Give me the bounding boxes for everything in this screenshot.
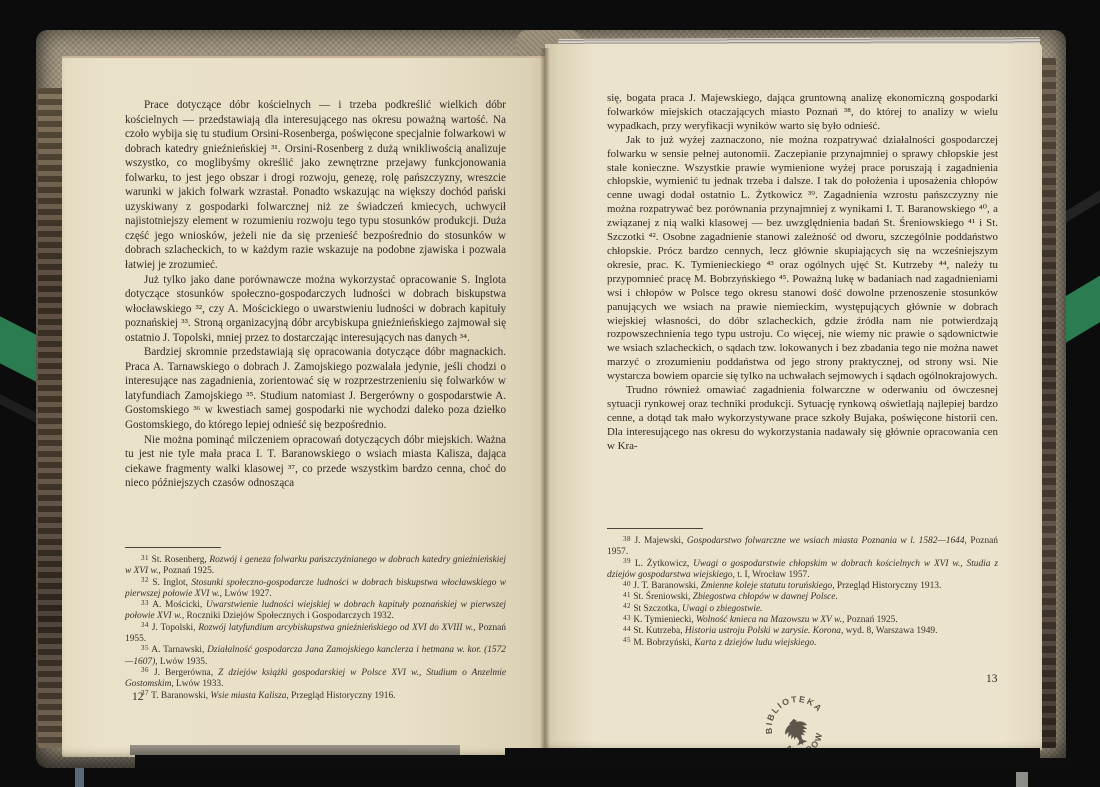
paragraph: Bardziej skromnie przedstawiają się opra… [125, 345, 506, 432]
photo-background: Prace dotyczące dóbr kościelnych — i trz… [0, 0, 1100, 787]
cradle-tab-gray [1016, 772, 1028, 787]
left-page-footnotes: 31 St. Rosenberg, Rozwój i geneza folwar… [125, 555, 506, 713]
left-page: Prace dotyczące dóbr kościelnych — i trz… [62, 56, 545, 757]
shadow-under-left-page [135, 755, 533, 771]
footnote: 32 S. Inglot, Stosunki społeczno-gospoda… [125, 578, 506, 601]
footnote: 44 St. Kutrzeba, Historia ustroju Polski… [607, 626, 998, 637]
footnote: 33 A. Mościcki, Uwarstwienie ludności wi… [125, 600, 506, 623]
paragraph: Trudno również omawiać zagadnienia folwa… [607, 384, 998, 454]
footnote: 40 J. T. Baranowski, Zmienne koleje stat… [607, 581, 998, 592]
paragraph: Już tylko jako dane porównawcze można wy… [125, 273, 506, 346]
left-page-body-text: Prace dotyczące dóbr kościelnych — i trz… [125, 98, 506, 547]
footnote: 36 J. Bergerówna, Z dziejów książki gosp… [125, 668, 506, 691]
footnote: 31 St. Rosenberg, Rozwój i geneza folwar… [125, 555, 506, 578]
footnote: 41 St. Śreniowski, Zbiegostwa chłopów w … [607, 592, 998, 603]
footnote-separator [125, 547, 221, 548]
page-fore-edge-left [38, 88, 64, 748]
paragraph: Jak to już wyżej zaznaczono, nie można r… [607, 134, 998, 384]
footnote: 42 St Szczotka, Uwagi o zbiegostwie. [607, 604, 998, 615]
page-number: 12 [132, 691, 144, 703]
right-page-body-text: się, bogata praca J. Majewskiego, dająca… [607, 92, 998, 526]
footnote: 43 K. Tymieniecki, Wolność kmieca na Maz… [607, 615, 998, 626]
footnote: 34 J. Topolski, Rozwój latyfundium arcyb… [125, 623, 506, 646]
shadow-bottom-right-corner [1040, 758, 1070, 770]
page-fore-edge-right [1040, 58, 1056, 748]
shadow-under-right-page [505, 748, 1040, 770]
paragraph: Prace dotyczące dóbr kościelnych — i trz… [125, 98, 506, 273]
footnote: 39 L. Żytkowicz, Uwagi o gospodarstwie c… [607, 559, 998, 582]
right-page-footnotes: 38 J. Majewski, Gospodarstwo folwarczne … [607, 536, 998, 674]
right-page: się, bogata praca J. Majewskiego, dająca… [545, 44, 1042, 751]
footnote-separator [607, 528, 703, 529]
cover-bottom-edge [130, 745, 460, 755]
paragraph: się, bogata praca J. Majewskiego, dająca… [607, 92, 998, 134]
footnote: 35 A. Tarnawski, Działalność gospodarcza… [125, 645, 506, 668]
cradle-tab-blue [75, 768, 84, 787]
page-number: 13 [986, 673, 998, 685]
paragraph: Nie można pominąć milczeniem opracowań d… [125, 433, 506, 491]
footnote: 45 M. Bobrzyński, Karta z dziejów ludu w… [607, 638, 998, 649]
footnote: 38 J. Majewski, Gospodarstwo folwarczne … [607, 536, 998, 559]
footnote: 37 T. Baranowski, Wsie miasta Kalisza, P… [125, 691, 506, 702]
